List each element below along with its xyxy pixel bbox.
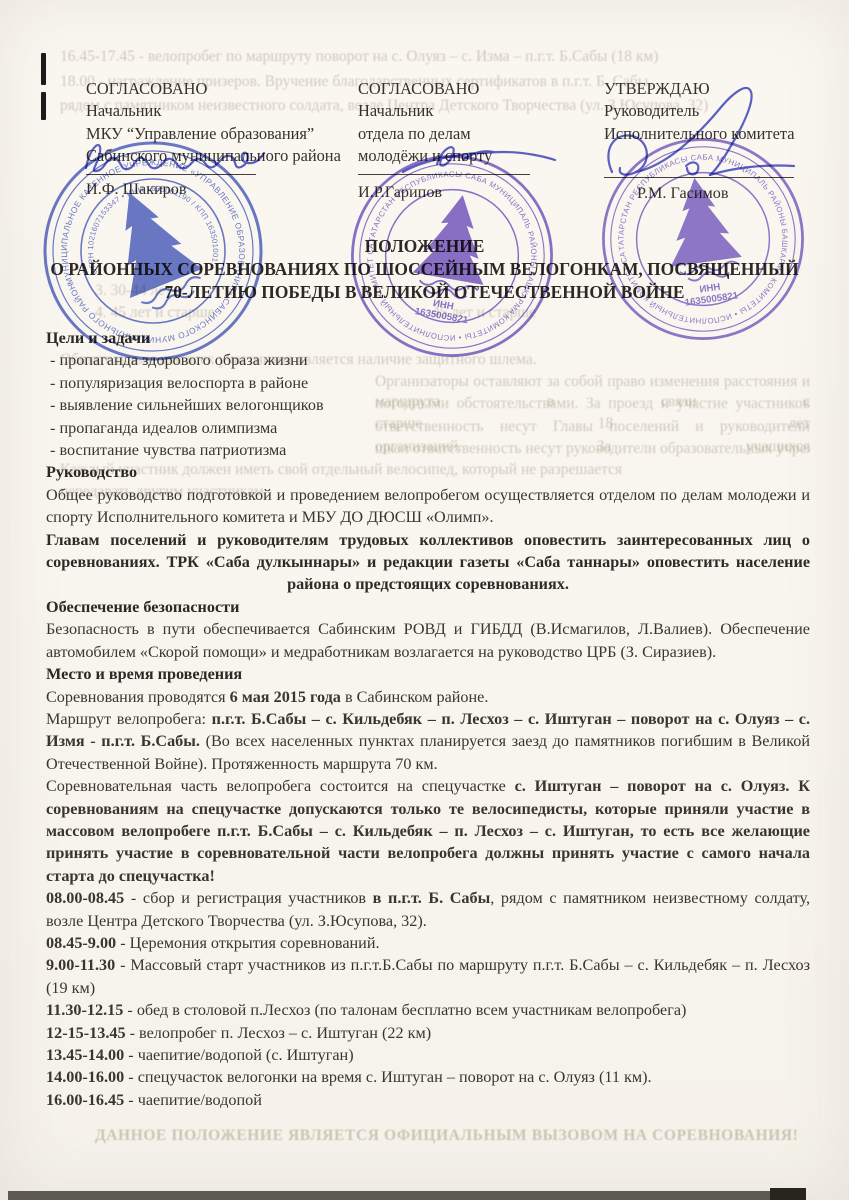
ghost-bleedthrough-line: ДАННОЕ ПОЛОЖЕНИЕ ЯВЛЯЕТСЯ ОФИЦИАЛЬНЫМ ВЫ… — [95, 1126, 810, 1146]
paragraph: 9.00-11.30 - Массовый старт участников и… — [46, 954, 810, 999]
text-run: Маршрут велопробега: — [46, 710, 212, 728]
section-heading: Руководство — [46, 461, 810, 483]
approval-status: СОГЛАСОВАНО — [358, 78, 593, 100]
paragraph: 12-15-13.45 - велопробег п. Лесхоз – с. … — [46, 1022, 810, 1044]
text-run: Соревновательная часть велопробега состо… — [46, 777, 515, 795]
text-run: Руководство — [46, 463, 137, 481]
text-run: - Церемония открытия соревнований. — [116, 934, 379, 952]
text-run: 6 мая 2015 года — [230, 688, 341, 706]
document-body: Цели и задачи - пропаганда здорового обр… — [46, 327, 810, 1111]
paragraph: - воспитание чувства патриотизма — [46, 439, 810, 461]
text-run: Место и время проведения — [46, 665, 242, 683]
text-run: - сбор и регистрация участников — [124, 889, 372, 907]
paragraph: Маршрут велопробега: п.г.т. Б.Сабы – с. … — [46, 708, 810, 775]
text-run: 14.00-16.00 — [46, 1068, 124, 1086]
paragraph: Соревнования проводятся 6 мая 2015 года … — [46, 686, 810, 708]
paragraph: Общее руководство подготовкой и проведен… — [46, 484, 810, 529]
paragraph: - популяризация велоспорта в районе — [46, 372, 810, 394]
text-run: - спецучасток велогонки на время с. Ишту… — [124, 1068, 651, 1086]
text-run: Соревнования проводятся — [46, 688, 230, 706]
approval-status: СОГЛАСОВАНО — [86, 78, 358, 100]
handwritten-signature — [598, 80, 818, 190]
text-run: Безопасность в пути обеспечивается Сабин… — [46, 620, 810, 660]
text-run: 08.45-9.00 — [46, 934, 116, 952]
paragraph: 16.00-16.45 - чаепитие/водопой — [46, 1089, 810, 1111]
scanned-document-page: 16.45-17.45 - велопробег по маршруту пов… — [0, 0, 849, 1200]
text-run: 16.00-16.45 — [46, 1091, 124, 1109]
paragraph: 14.00-16.00 - спецучасток велогонки на в… — [46, 1066, 810, 1088]
text-run: - чаепитие/водопой (с. Иштуган) — [124, 1046, 353, 1064]
text-run: 12-15-13.45 — [46, 1024, 126, 1042]
paragraph: 08.00-08.45 - сбор и регистрация участни… — [46, 887, 810, 932]
paragraph: 13.45-14.00 - чаепитие/водопой (с. Иштуг… — [46, 1044, 810, 1066]
paragraph: Безопасность в пути обеспечивается Сабин… — [46, 618, 810, 663]
text-run: - чаепитие/водопой — [124, 1091, 262, 1109]
text-run: Общее руководство подготовкой и проведен… — [46, 486, 810, 526]
text-run: - воспитание чувства патриотизма — [46, 441, 286, 459]
paragraph: - выявление сильнейших велогонщиков — [46, 394, 810, 416]
text-run: 9.00-11.30 — [46, 956, 115, 974]
text-run: в Сабинском районе. — [341, 688, 489, 706]
text-run: - Массовый старт участников из п.г.т.Б.С… — [46, 956, 810, 996]
section-heading: Обеспечение безопасности — [46, 596, 810, 618]
paragraph: Главам поселений и руководителям трудовы… — [46, 529, 810, 596]
approval-line: Начальник — [358, 100, 593, 122]
paragraph: Соревновательная часть велопробега состо… — [46, 775, 810, 887]
section-heading: Место и время проведения — [46, 663, 810, 685]
text-run: 08.00-08.45 — [46, 889, 124, 907]
text-run: Обеспечение безопасности — [46, 598, 239, 616]
paragraph: 11.30-12.15 - обед в столовой п.Лесхоз (… — [46, 999, 810, 1021]
stamp-inn-value: 1635005821 — [684, 290, 739, 308]
text-run: - велопробег п. Лесхоз – с. Иштуган (22 … — [126, 1024, 432, 1042]
text-run: - пропаганда идеалов олимпизма — [46, 419, 277, 437]
text-run: 11.30-12.15 — [46, 1001, 123, 1019]
text-run: в п.г.т. Б. Сабы — [373, 889, 491, 907]
ghost-bleedthrough-line: 16.45-17.45 - велопробег по маршруту пов… — [60, 47, 760, 67]
text-run: Главам поселений и руководителям трудовы… — [46, 531, 810, 594]
handwritten-signature — [78, 126, 268, 186]
text-run: - выявление сильнейших велогонщиков — [46, 396, 324, 414]
paragraph: 08.45-9.00 - Церемония открытия соревнов… — [46, 932, 810, 954]
fir-tree-icon — [413, 189, 499, 285]
text-run: - обед в столовой п.Лесхоз (по талонам б… — [123, 1001, 686, 1019]
paragraph: - пропаганда идеалов олимпизма — [46, 417, 810, 439]
text-run: 13.45-14.00 — [46, 1046, 124, 1064]
handwritten-signature — [393, 134, 563, 184]
